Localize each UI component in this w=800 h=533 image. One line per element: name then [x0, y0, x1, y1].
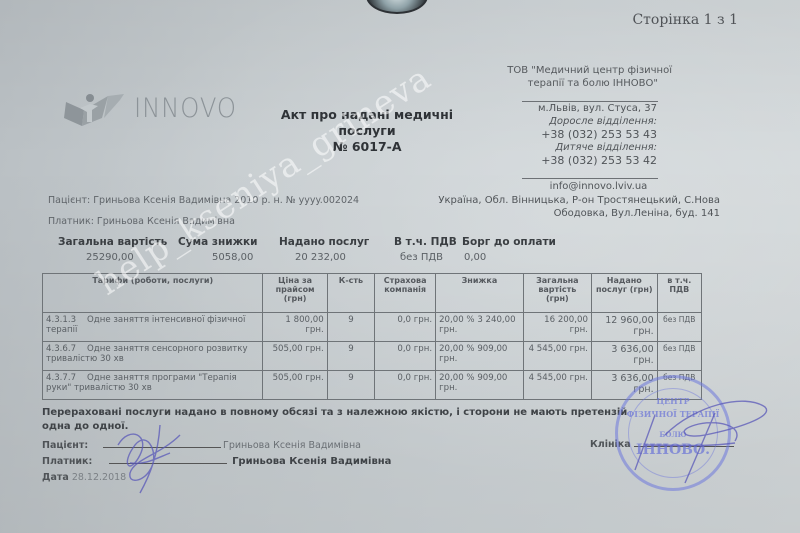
patient-sign-label: Пацієнт: [42, 440, 98, 451]
date-value: 28.12.2018 [72, 472, 126, 483]
discount-label: Сума знижки [178, 236, 258, 248]
total-cell: 4 545,00 грн. [523, 371, 591, 400]
col-header-discount: Знижка [436, 274, 524, 313]
patient-signature-row: Пацієнт: Гриньова Ксенія Вадимівна [42, 440, 361, 451]
total-value: 25290,00 [86, 252, 167, 263]
vat-cell: без ПДВ [657, 313, 701, 342]
stamp-line2: ФІЗИЧНОЇ ТЕРАПІЇ [618, 409, 728, 419]
total-cell: 16 200,00 грн. [523, 313, 591, 342]
provided-cell: 12 960,00 грн. [591, 313, 657, 342]
payer-sign-label: Платник: [42, 456, 104, 467]
vat-label: В т.ч. ПДВ [394, 236, 457, 248]
payer-sign-name: Гриньова Ксенія Вадимівна [232, 456, 391, 467]
insurance-cell: 0,0 грн. [375, 342, 436, 371]
divider [522, 178, 658, 179]
vat-value: без ПДВ [400, 252, 457, 263]
service-name: Одне заняття сенсорного розвитку тривалі… [46, 344, 248, 364]
company-contacts: м.Львів, вул. Стуса, 37 Доросле відділен… [500, 102, 657, 167]
signature-line [109, 463, 227, 464]
service-code: 4.3.7.7 [46, 373, 76, 383]
clinic-stamp: ЦЕНТР ФІЗИЧНОЇ ТЕРАПІЇ БОЛЮ ІННОВО. [615, 375, 731, 491]
discount-cell: 20,00 % 3 240,00 грн. [436, 313, 524, 342]
company-name-line1: ТОВ "Медичний центр фізичної [480, 64, 672, 77]
provided-value: 20 232,00 [295, 252, 369, 263]
payer-signature-row: Платник: Гриньова Ксенія Вадимівна [42, 456, 391, 467]
innovo-figure-logo-icon [62, 88, 126, 128]
price-cell: 1 800,00 грн. [263, 313, 327, 342]
col-header-qty: К-сть [327, 274, 374, 313]
col-header-vat: в т.ч. ПДВ [657, 274, 701, 313]
total-cell: 4 545,00 грн. [523, 342, 591, 371]
qty-cell: 9 [327, 342, 374, 371]
services-table: Тарифи (роботи, послуги) Ціна за прайсом… [42, 273, 702, 400]
child-dept-label: Дитяче відділення: [500, 141, 657, 154]
adult-dept-label: Доросле відділення: [500, 115, 657, 128]
summary-total: Загальна вартість 25290,00 [58, 236, 167, 263]
discount-cell: 20,00 % 909,00 грн. [436, 342, 524, 371]
table-row: 4.3.7.7 Одне заняття програми "Терапія р… [43, 371, 702, 400]
discount-cell: 20,00 % 909,00 грн. [436, 371, 524, 400]
adult-dept-phone: +38 (032) 253 53 43 [500, 128, 657, 141]
col-header-price: Ціна за прайсом (грн) [263, 274, 327, 313]
price-cell: 505,00 грн. [263, 371, 327, 400]
company-email: info@innovo.lviv.ua [540, 181, 657, 192]
discount-value: 5058,00 [212, 252, 258, 263]
vat-cell: без ПДВ [657, 342, 701, 371]
col-header-services: Тарифи (роботи, послуги) [43, 274, 263, 313]
note-line1: Перераховані послуги надано в повному об… [42, 406, 662, 420]
summary-debt: Борг до оплати 0,00 [462, 236, 556, 263]
qty-cell: 9 [327, 313, 374, 342]
service-cell: 4.3.6.7 Одне заняття сенсорного розвитку… [43, 342, 263, 371]
summary-discount: Сума знижки 5058,00 [178, 236, 258, 263]
insurance-cell: 0,0 грн. [375, 313, 436, 342]
qty-cell: 9 [327, 371, 374, 400]
date-row: Дата 28.12.2018 [42, 472, 126, 483]
stamp-line1: ЦЕНТР [618, 396, 728, 406]
patient-line: Пацієнт: Гриньова Ксенія Вадимівна 2010 … [48, 195, 359, 206]
document-title-block: Акт про надані медичні послуги № 6017-А [262, 107, 472, 155]
total-label: Загальна вартість [58, 236, 167, 248]
col-header-provided: Надано послуг (грн) [591, 274, 657, 313]
company-address-2: Україна, Обл. Вінницька, Р-он Тростянець… [430, 194, 720, 220]
child-dept-phone: +38 (032) 253 53 42 [500, 154, 657, 167]
company-name-line2: терапії та болю ІННОВО" [480, 77, 672, 90]
document-number: № 6017-А [262, 139, 472, 155]
innovo-logo: INNOVO [62, 88, 248, 128]
logo-text: INNOVO [134, 93, 237, 124]
stamp-line4: ІННОВО. [618, 442, 728, 458]
service-cell: 4.3.1.3 Одне заняття інтенсивної фізично… [43, 313, 263, 342]
note-line2: одна до одної. [42, 420, 662, 434]
stamp-line3: БОЛЮ [618, 430, 728, 439]
table-row: 4.3.1.3 Одне заняття інтенсивної фізично… [43, 313, 702, 342]
provided-label: Надано послуг [279, 236, 369, 248]
signature-line [103, 447, 221, 448]
document-title: Акт про надані медичні послуги [262, 107, 472, 139]
summary-vat: В т.ч. ПДВ без ПДВ [394, 236, 457, 263]
service-code: 4.3.1.3 [46, 315, 76, 325]
acceptance-note: Перераховані послуги надано в повному об… [42, 406, 662, 434]
insurance-cell: 0,0 грн. [375, 371, 436, 400]
provided-cell: 3 636,00 грн. [591, 342, 657, 371]
date-label: Дата [42, 472, 69, 483]
service-cell: 4.3.7.7 Одне заняття програми "Терапія р… [43, 371, 263, 400]
summary-provided: Надано послуг 20 232,00 [279, 236, 369, 263]
address2-line1: Україна, Обл. Вінницька, Р-он Тростянець… [430, 194, 720, 207]
col-header-insurance: Страхова компанія [375, 274, 436, 313]
company-address: м.Львів, вул. Стуса, 37 [500, 102, 657, 115]
col-header-total: Загальна вартість (грн) [523, 274, 591, 313]
table-row: 4.3.6.7 Одне заняття сенсорного розвитку… [43, 342, 702, 371]
price-cell: 505,00 грн. [263, 342, 327, 371]
page-number: Сторінка 1 з 1 [632, 12, 738, 28]
binder-hole [366, 0, 428, 14]
company-name: ТОВ "Медичний центр фізичної терапії та … [480, 64, 672, 90]
debt-label: Борг до оплати [462, 236, 556, 248]
address2-line2: Ободовка, Вул.Леніна, буд. 141 [430, 207, 720, 220]
service-code: 4.3.6.7 [46, 344, 76, 354]
debt-value: 0,00 [464, 252, 556, 263]
service-name: Одне заняття інтенсивної фізичної терапі… [46, 315, 245, 335]
payer-line: Платник: Гриньова Ксенія Вадимівна [48, 216, 235, 227]
table-header-row: Тарифи (роботи, послуги) Ціна за прайсом… [43, 274, 702, 313]
patient-sign-name: Гриньова Ксенія Вадимівна [223, 440, 361, 451]
